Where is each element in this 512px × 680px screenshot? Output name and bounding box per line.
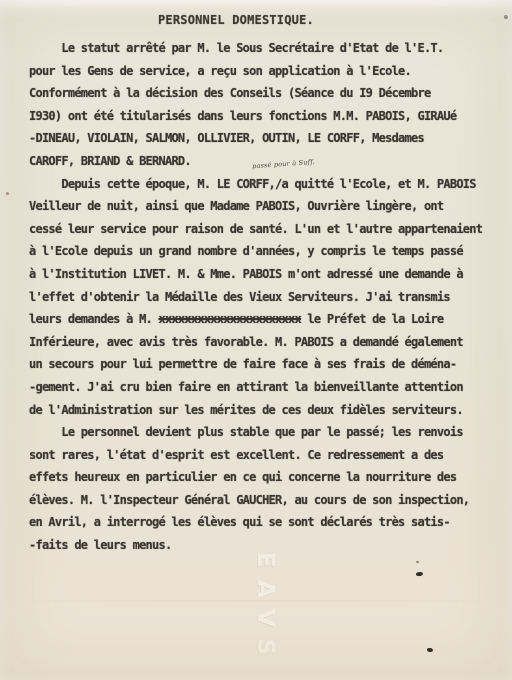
scanned-typewritten-page: PERSONNEL DOMESTIQUE. Le statut arrêté p… — [0, 0, 512, 680]
typed-line: élèves. M. l'Inspecteur Général GAUCHER,… — [29, 489, 507, 512]
ink-speck — [504, 15, 508, 19]
watermark-letter: A — [252, 580, 278, 598]
ink-speck — [6, 192, 9, 195]
typed-line: en Avril, a interrogé les élèves qui se … — [29, 511, 507, 534]
typed-line: I930) ont été titularisés dans leurs fon… — [29, 105, 507, 128]
typed-line: pour les Gens de service, a reçu son app… — [29, 60, 507, 83]
typed-line: l'effet d'obtenir la Médaille des Vieux … — [29, 286, 507, 309]
typed-line: Le statut arrêté par M. le Sous Secrétai… — [29, 37, 507, 60]
typed-line: Inférieure, avec avis très favorable. M.… — [29, 331, 507, 354]
paper-fold-shadow — [0, 600, 512, 602]
watermark-letter: S — [252, 638, 278, 656]
typed-text: le Préfet de la Loire — [301, 312, 443, 326]
typed-line-with-strikeout: leurs demandes à M. xxxxxxxxxxxxxxxxxxxx… — [29, 308, 507, 331]
paper-top-edge — [0, 0, 512, 9]
typed-line: Conformément à la décision des Conseils … — [29, 82, 507, 105]
typed-line: effets heureux en particulier en ce qui … — [29, 466, 507, 489]
watermark-letter: V — [252, 609, 278, 627]
typed-line: cessé leur service pour raison de santé.… — [29, 218, 507, 241]
ink-speck — [427, 648, 433, 653]
typed-line: -DINEAU, VIOLAIN, SALMON, OLLIVIER, OUTI… — [29, 127, 507, 150]
paper-watermark: E A V S — [256, 547, 274, 660]
document-body: Le statut arrêté par M. le Sous Secrétai… — [29, 37, 507, 557]
typed-line: -faits de leurs menus. — [29, 534, 507, 557]
ink-speck — [416, 572, 423, 577]
typed-line: à l'Ecole depuis un grand nombre d'année… — [29, 240, 507, 263]
typed-line: Depuis cette époque, M. LE CORFF,/a quit… — [29, 173, 507, 196]
typed-line: un secours pour lui permettre de faire f… — [29, 353, 507, 376]
ink-speck — [416, 561, 419, 563]
typed-line: -gement. J'ai cru bien faire en attirant… — [29, 376, 507, 399]
typed-line: de l'Administration sur les mérites de c… — [29, 399, 507, 422]
typed-line: sont rares, l'état d'esprit est excellen… — [29, 444, 507, 467]
typed-line: Le personnel devient plus stable que par… — [29, 421, 507, 444]
typed-line: à l'Institution LIVET. M. & Mme. PABOIS … — [29, 263, 507, 286]
struck-out-text: xxxxxxxxxxxxxxxxxxxxxx — [159, 312, 301, 326]
page-title: PERSONNEL DOMESTIQUE. — [158, 13, 314, 27]
typed-line: Veilleur de nuit, ainsi que Madame PABOI… — [29, 195, 507, 218]
typed-text: leurs demandes à M. — [29, 312, 159, 326]
